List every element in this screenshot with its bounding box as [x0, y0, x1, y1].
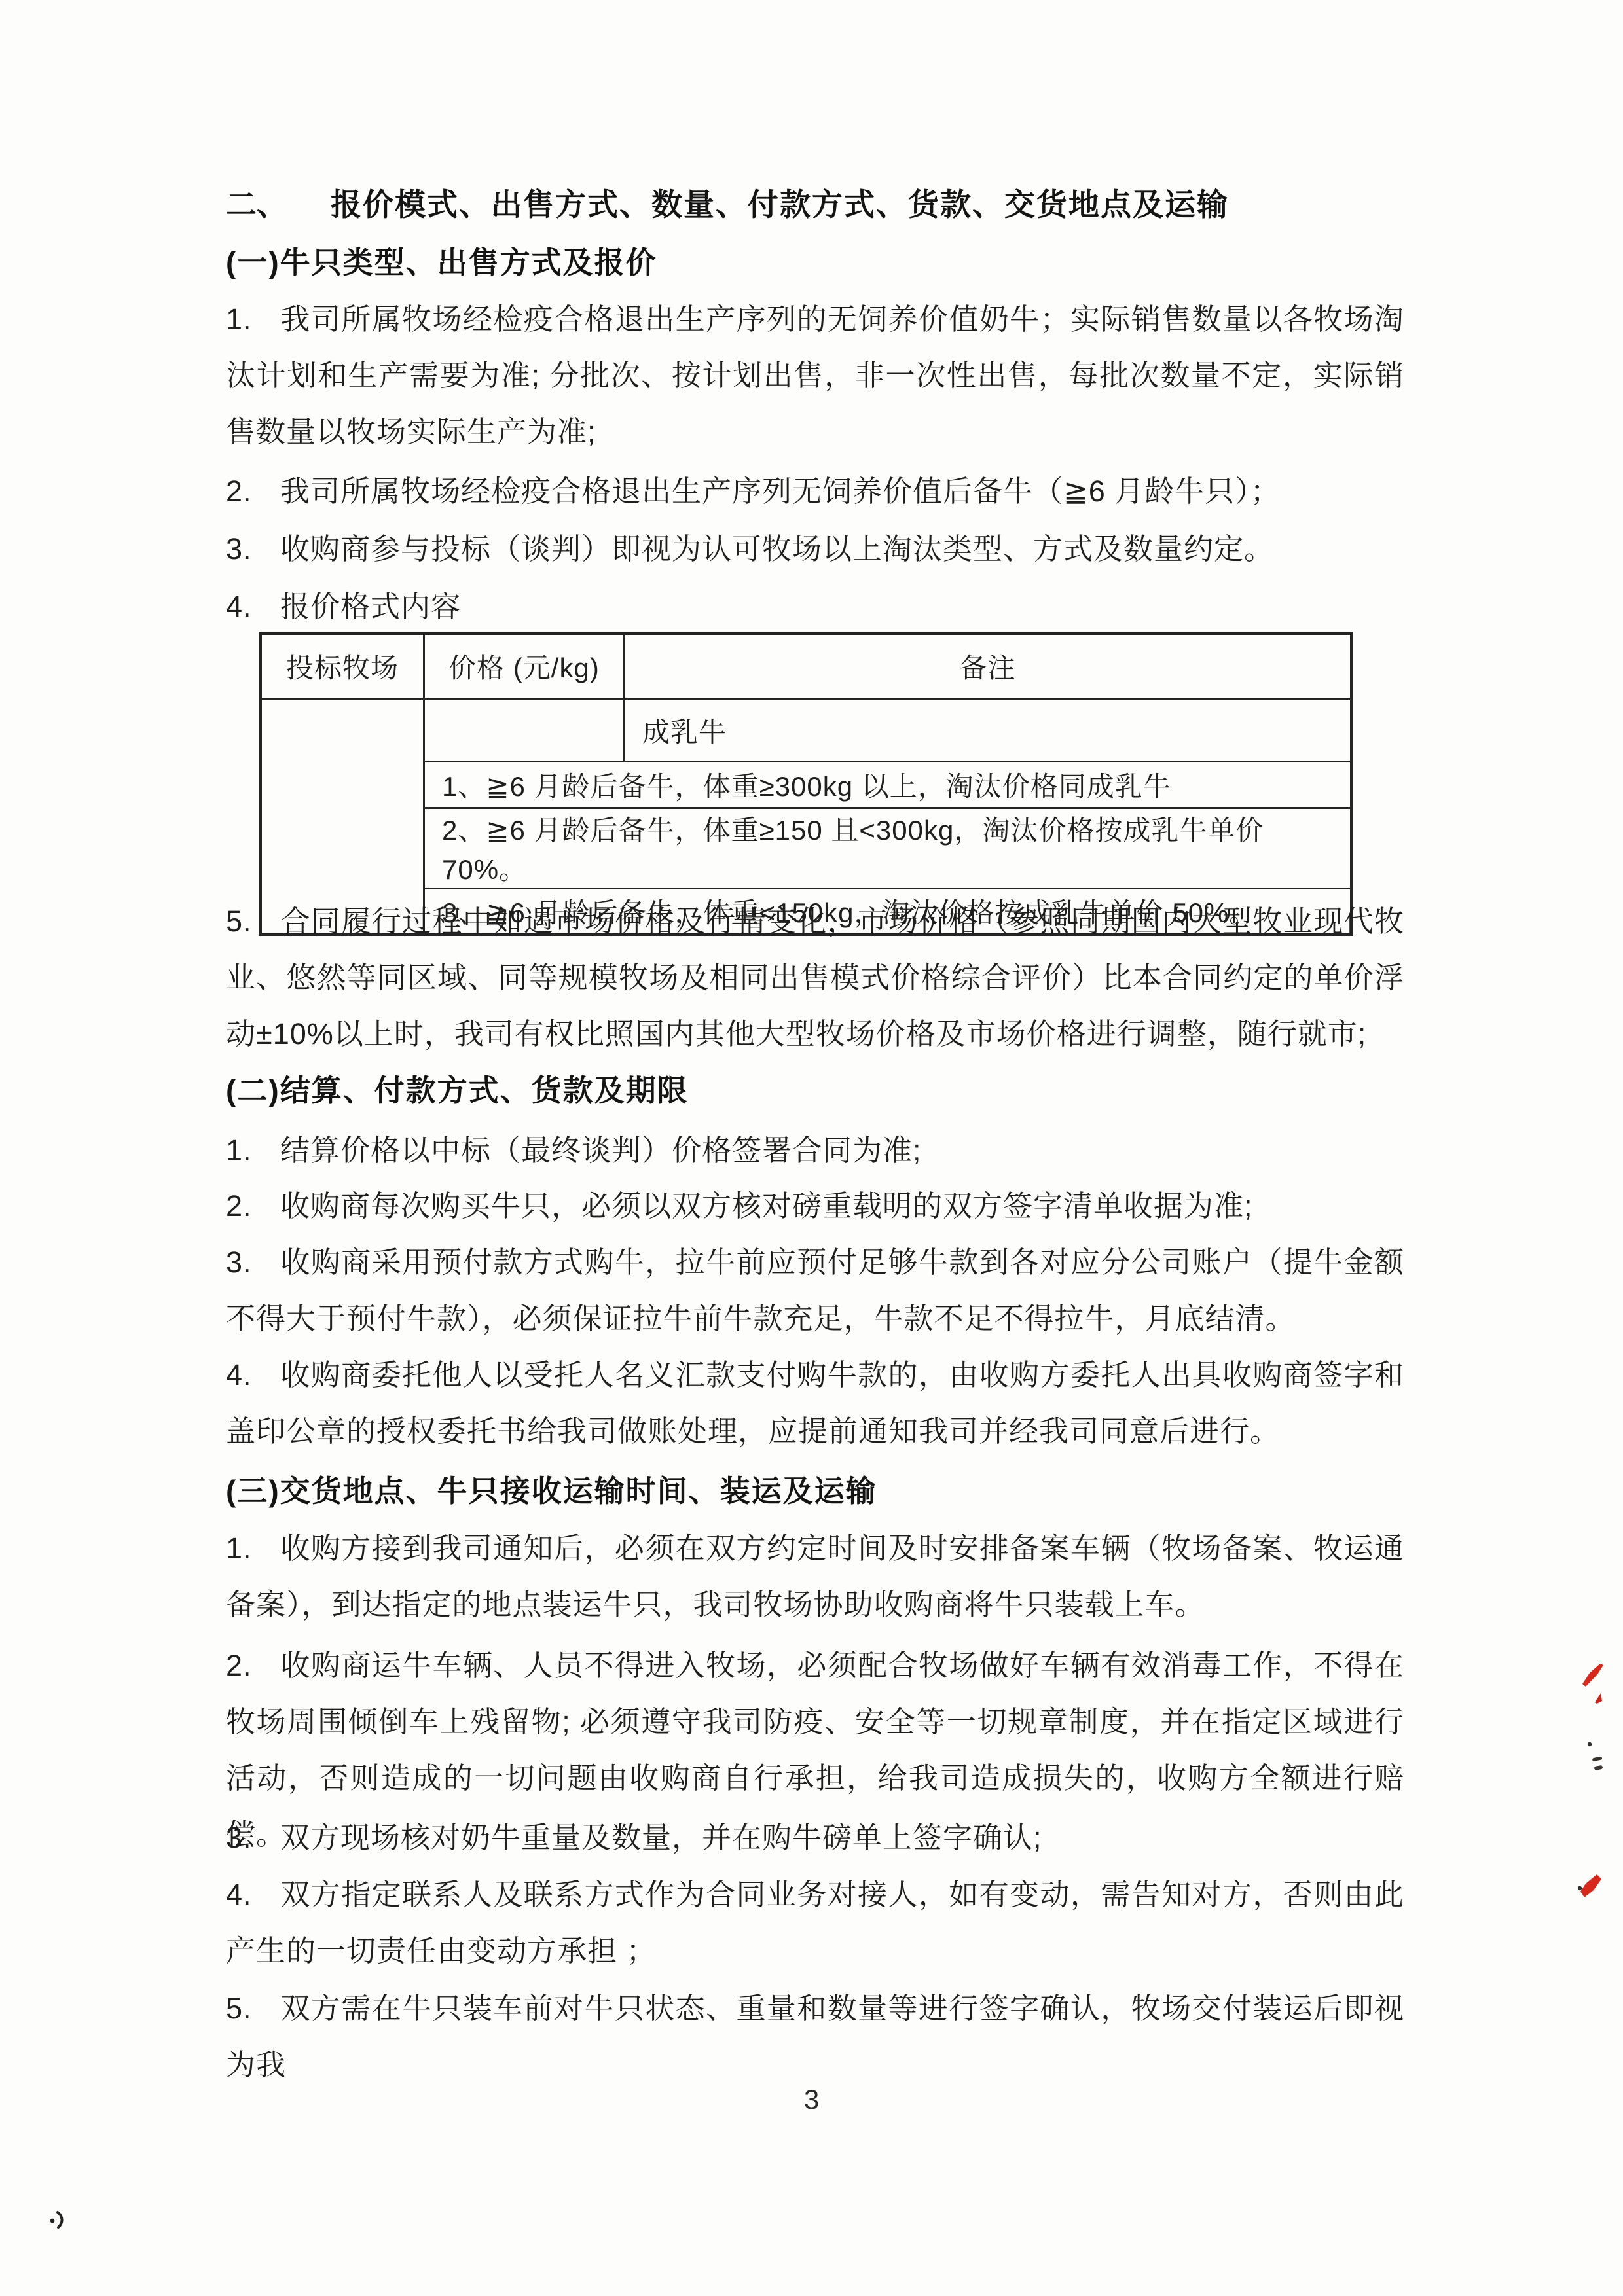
section-title-text: 报价模式、出售方式、数量、付款方式、货款、交货地点及运输	[331, 187, 1229, 222]
red-pen-stroke-2	[1580, 1874, 1601, 1897]
ink-dash-2	[1594, 1765, 1603, 1770]
item-number: 2.	[226, 1638, 280, 1694]
table-header-remark: 备注	[625, 634, 1352, 699]
table-cell-price-blank	[424, 699, 625, 762]
item-text: 报价格式内容	[280, 590, 461, 623]
s1-item-3: 3.收购商参与投标（谈判）即视为认可牧场以上淘汰类型、方式及数量约定。	[226, 521, 1404, 577]
subsection-heading-1: (一)牛只类型、出售方式及报价	[226, 234, 1404, 291]
s3-item-1: 1.收购方接到我司通知后，必须在双方约定时间及时安排备案车辆（牧场备案、牧运通备…	[226, 1520, 1404, 1633]
scanned-contract-page: 二、报价模式、出售方式、数量、付款方式、货款、交货地点及运输 (一)牛只类型、出…	[0, 0, 1623, 2296]
red-pen-stroke-1	[1582, 1664, 1603, 1687]
table-header-row: 投标牧场 价格 (元/kg) 备注	[261, 634, 1352, 699]
item-number: 4.	[226, 579, 280, 635]
quote-format-table: 投标牧场 价格 (元/kg) 备注 成乳牛 1、≧6 月龄后备牛，体重≥300k…	[259, 632, 1353, 936]
item-text: 收购方接到我司通知后，必须在双方约定时间及时安排备案车辆（牧场备案、牧运通备案）…	[226, 1532, 1404, 1621]
ink-dash-mark	[1591, 1755, 1604, 1772]
table-header-bidding-farm: 投标牧场	[261, 634, 424, 699]
red-pen-mark-1	[1582, 1662, 1605, 1689]
item-number: 2.	[226, 463, 280, 520]
table-row: 1、≧6 月龄后备牛，体重≥300kg 以上，淘汰价格同成乳牛	[261, 762, 1352, 808]
subsection-heading-3: (三)交货地点、牛只接收运输时间、装运及运输	[226, 1463, 1404, 1519]
item-text: 我司所属牧场经检疫合格退出生产序列无饲养价值后备牛（≧6 月龄牛只）；	[280, 475, 1281, 508]
ink-dot-1	[1588, 1742, 1592, 1746]
subsection-heading-2: (二)结算、付款方式、货款及期限	[226, 1062, 1404, 1119]
ink-squiggle-mark	[48, 2210, 65, 2229]
page-number: 3	[0, 2084, 1623, 2115]
item-text: 收购商采用预付款方式购牛，拉牛前应预付足够牛款到各对应分公司账户（提牛金额不得大…	[226, 1246, 1404, 1335]
table-cell-mature-cow: 成乳牛	[625, 699, 1352, 762]
table-cell-rule-1: 1、≧6 月龄后备牛，体重≥300kg 以上，淘汰价格同成乳牛	[424, 762, 1352, 808]
item-text: 结算价格以中标（最终谈判）价格签署合同为准;	[280, 1134, 922, 1167]
item-text: 收购商参与投标（谈判）即视为认可牧场以上淘汰类型、方式及数量约定。	[280, 532, 1274, 565]
s3-item-5: 5.双方需在牛只装车前对牛只状态、重量和数量等进行签字确认，牧场交付装运后即视为…	[226, 1981, 1404, 2093]
item-number: 2.	[226, 1178, 280, 1234]
item-text: 收购商委托他人以受托人名义汇款支付购牛款的，由收购方委托人出具收购商签字和盖印公…	[226, 1358, 1404, 1448]
red-pen-wedge	[1595, 1693, 1602, 1704]
red-pen-wedge-mark	[1594, 1693, 1603, 1704]
item-number: 5.	[226, 1981, 280, 2037]
table-cell-rule-2: 2、≧6 月龄后备牛，体重≥150 且<300kg，淘汰价格按成乳牛单价 70%…	[424, 808, 1352, 889]
s2-item-2: 2.收购商每次购买牛只，必须以双方核对磅重载明的双方签字清单收据为准;	[226, 1178, 1404, 1234]
ink-dash-1	[1592, 1756, 1603, 1761]
s2-item-3: 3.收购商采用预付款方式购牛，拉牛前应预付足够牛款到各对应分公司账户（提牛金额不…	[226, 1234, 1404, 1347]
item-number: 5.	[226, 893, 280, 950]
ink-dot-2	[1578, 1886, 1582, 1890]
item-text: 我司所属牧场经检疫合格退出生产序列的无饲养价值奶牛；实际销售数量以各牧场淘汰计划…	[226, 302, 1404, 448]
item-number: 1.	[226, 291, 280, 348]
s3-item-3: 3.双方现场核对奶牛重量及数量，并在购牛磅单上签字确认;	[226, 1810, 1404, 1866]
table-header-price: 价格 (元/kg)	[424, 634, 625, 699]
s3-item-4: 4.双方指定联系人及联系方式作为合同业务对接人，如有变动，需告知对方，否则由此产…	[226, 1867, 1404, 1979]
ink-dot-mark-2	[1577, 1885, 1583, 1892]
item-text: 双方需在牛只装车前对牛只状态、重量和数量等进行签字确认，牧场交付装运后即视为我	[226, 1992, 1404, 2081]
item-text: 收购商每次购买牛只，必须以双方核对磅重载明的双方签字清单收据为准;	[280, 1189, 1253, 1223]
section-number: 二、	[226, 177, 331, 233]
s1-item-4: 4.报价格式内容	[226, 579, 1404, 635]
section-title: 二、报价模式、出售方式、数量、付款方式、货款、交货地点及运输	[226, 177, 1404, 233]
table-row: 2、≧6 月龄后备牛，体重≥150 且<300kg，淘汰价格按成乳牛单价 70%…	[261, 808, 1352, 889]
item-text: 合同履行过程中如遇市场价格及行情变化，市场价格（参照同期国内大型牧业现代牧业、悠…	[226, 905, 1404, 1050]
ink-dot-mark-1	[1586, 1741, 1593, 1748]
s1-item-2: 2.我司所属牧场经检疫合格退出生产序列无饲养价值后备牛（≧6 月龄牛只）；	[226, 463, 1404, 520]
s1-item-5: 5.合同履行过程中如遇市场价格及行情变化，市场价格（参照同期国内大型牧业现代牧业…	[226, 893, 1404, 1062]
item-number: 4.	[226, 1867, 280, 1923]
item-text: 双方指定联系人及联系方式作为合同业务对接人，如有变动，需告知对方，否则由此产生的…	[226, 1878, 1404, 1967]
item-number: 4.	[226, 1347, 280, 1403]
item-number: 3.	[226, 521, 280, 577]
item-text: 双方现场核对奶牛重量及数量，并在购牛磅单上签字确认;	[280, 1821, 1042, 1854]
s2-item-1: 1.结算价格以中标（最终谈判）价格签署合同为准;	[226, 1122, 1404, 1179]
table-row: 成乳牛	[261, 699, 1352, 762]
item-number: 1.	[226, 1520, 280, 1577]
s2-item-4: 4.收购商委托他人以受托人名义汇款支付购牛款的，由收购方委托人出具收购商签字和盖…	[226, 1347, 1404, 1460]
item-number: 1.	[226, 1122, 280, 1179]
ink-squiggle-curve	[58, 2212, 62, 2227]
item-number: 3.	[226, 1234, 280, 1291]
ink-squiggle-dot	[50, 2219, 55, 2223]
s1-item-1: 1.我司所属牧场经检疫合格退出生产序列的无饲养价值奶牛；实际销售数量以各牧场淘汰…	[226, 291, 1404, 460]
item-number: 3.	[226, 1810, 280, 1866]
